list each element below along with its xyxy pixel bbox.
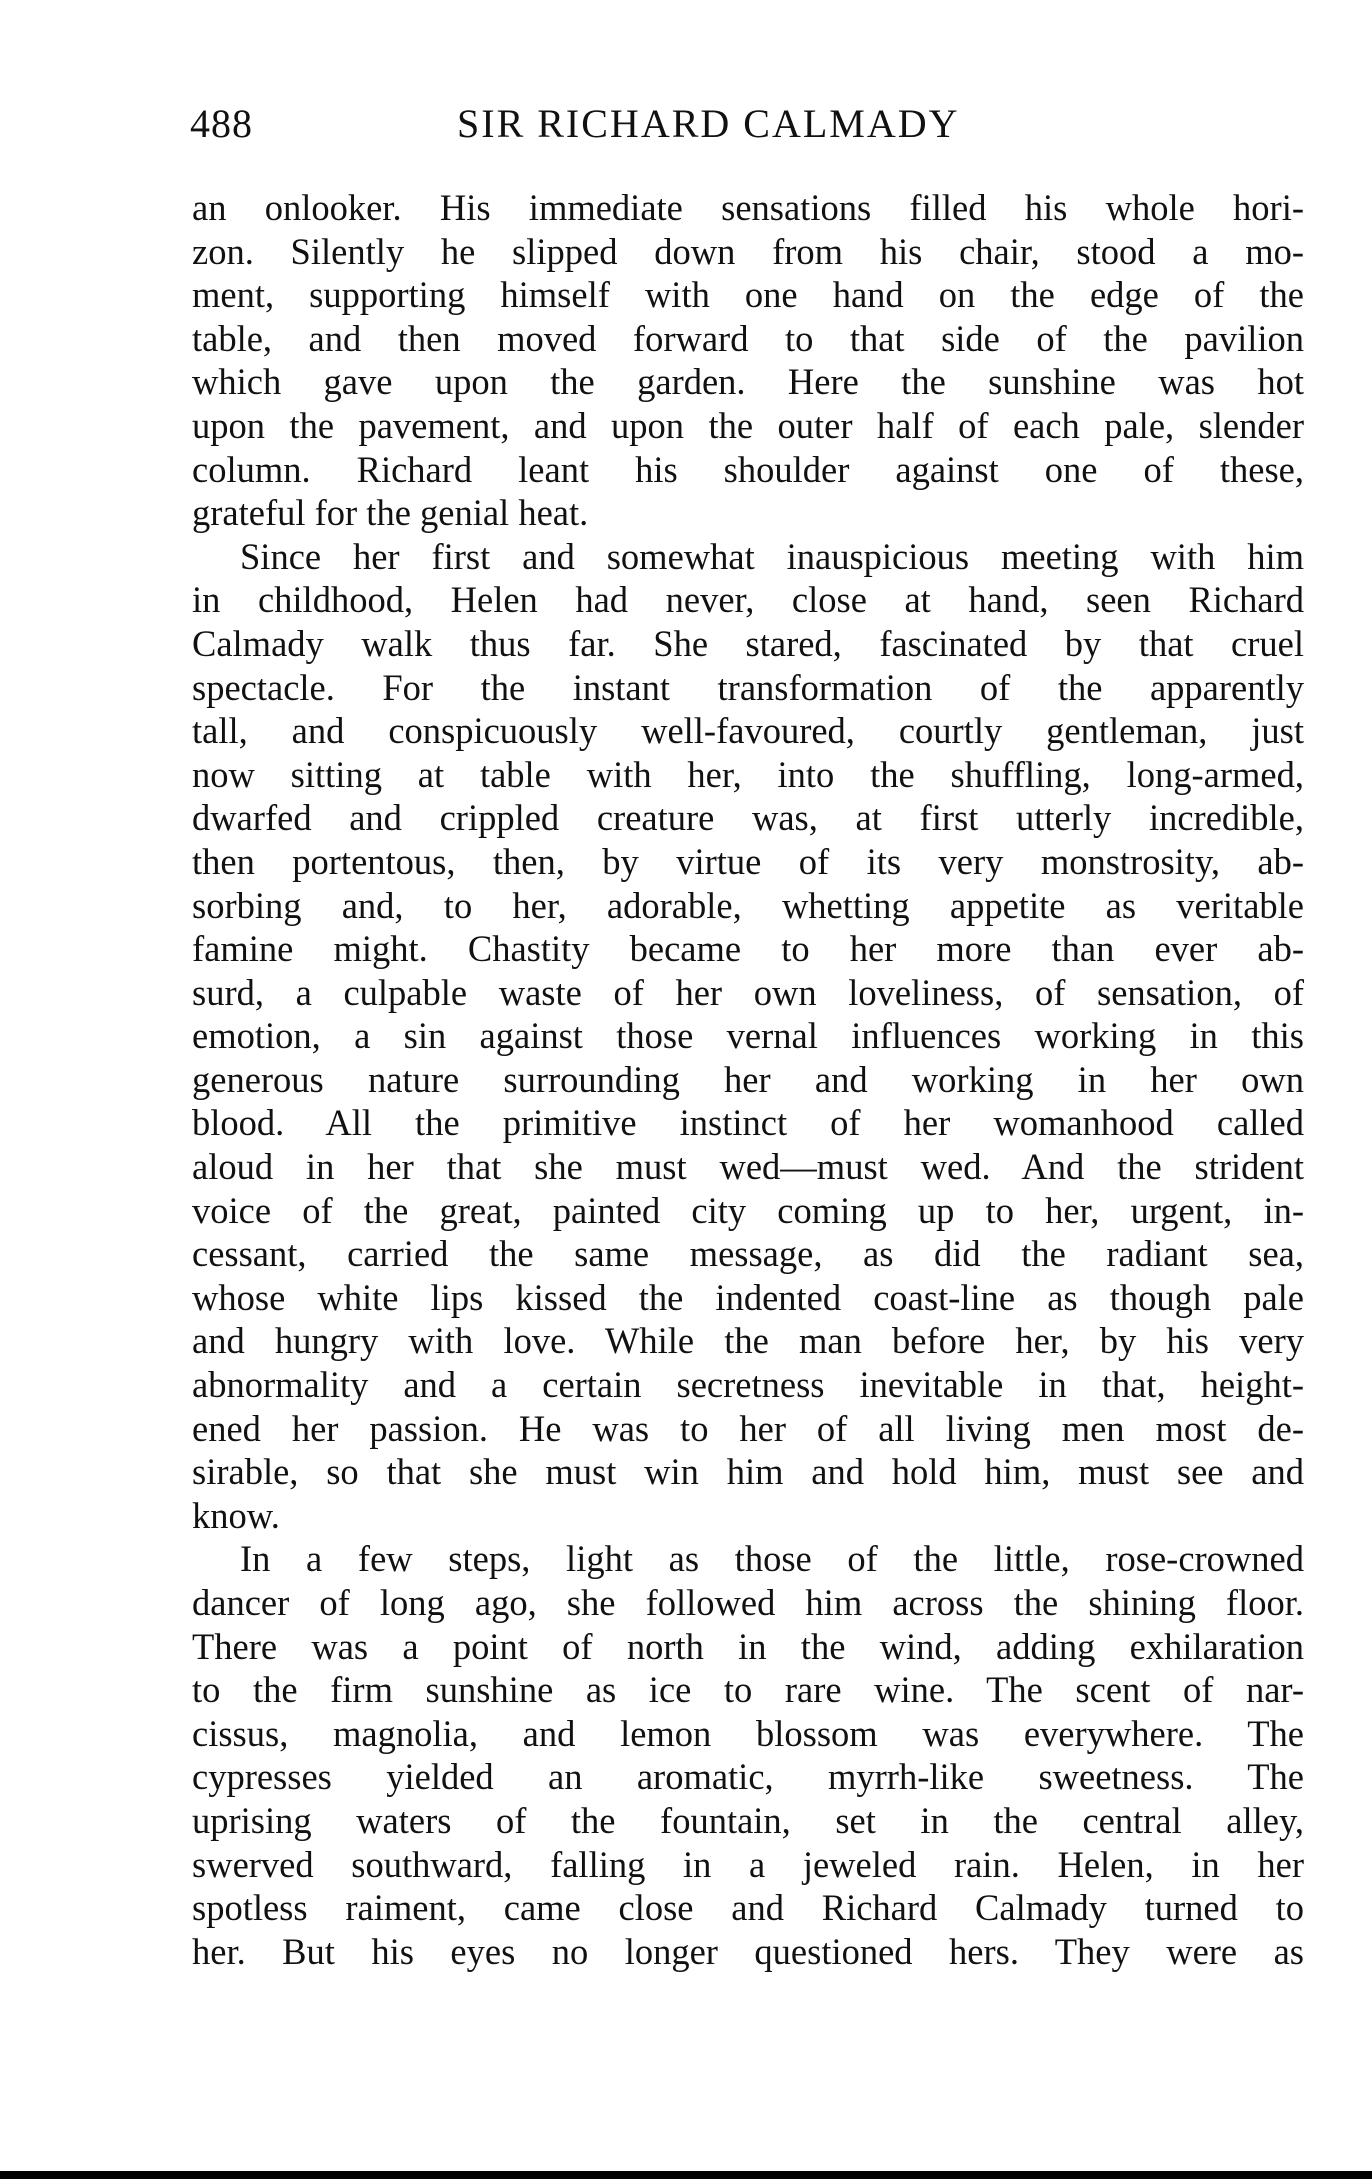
page-bottom-edge [0,2171,1372,2179]
text-line: know. [192,1494,1304,1538]
text-line: swerved southward, falling in a jeweled … [192,1843,1304,1887]
text-line: generous nature surrounding her and work… [192,1058,1304,1102]
text-line: sirable, so that she must win him and ho… [192,1450,1304,1494]
paragraph: Since her first and somewhat inauspiciou… [192,535,1304,1538]
text-line: cessant, carried the same message, as di… [192,1232,1304,1276]
text-line: table, and then moved forward to that si… [192,317,1304,361]
text-line: blood. All the primitive instinct of her… [192,1101,1304,1145]
text-line: dwarfed and crippled creature was, at fi… [192,796,1304,840]
text-line: emotion, a sin against those vernal infl… [192,1014,1304,1058]
text-line: upon the pavement, and upon the outer ha… [192,404,1304,448]
page-number: 488 [190,100,253,147]
paragraph: In a few steps, light as those of the li… [192,1537,1304,1973]
text-line: grateful for the genial heat. [192,491,1304,535]
text-line: sorbing and, to her, adorable, whetting … [192,884,1304,928]
text-line: spectacle. For the instant transformatio… [192,666,1304,710]
text-line: There was a point of north in the wind, … [192,1625,1304,1669]
text-line: an onlooker. His immediate sensations fi… [192,186,1304,230]
text-line: whose white lips kissed the indented coa… [192,1276,1304,1320]
text-line: cypresses yielded an aromatic, myrrh-lik… [192,1755,1304,1799]
text-line: aloud in her that she must wed—must wed.… [192,1145,1304,1189]
paragraph: an onlooker. His immediate sensations fi… [192,186,1304,535]
text-line: surd, a culpable waste of her own loveli… [192,971,1304,1015]
text-line: to the firm sunshine as ice to rare wine… [192,1668,1304,1712]
running-title: SIR RICHARD CALMADY [457,100,960,147]
text-line: spotless raiment, came close and Richard… [192,1886,1304,1930]
text-line: zon. Silently he slipped down from his c… [192,230,1304,274]
text-line: her. But his eyes no longer questioned h… [192,1930,1304,1974]
text-line: dancer of long ago, she followed him acr… [192,1581,1304,1625]
text-line: column. Richard leant his shoulder again… [192,448,1304,492]
body-text: an onlooker. His immediate sensations fi… [192,186,1304,1973]
text-line: in childhood, Helen had never, close at … [192,578,1304,622]
text-line: ened her passion. He was to her of all l… [192,1407,1304,1451]
text-line: cissus, magnolia, and lemon blossom was … [192,1712,1304,1756]
text-line: In a few steps, light as those of the li… [192,1537,1304,1581]
text-line: which gave upon the garden. Here the sun… [192,360,1304,404]
text-line: ment, supporting himself with one hand o… [192,273,1304,317]
text-line: uprising waters of the fountain, set in … [192,1799,1304,1843]
text-line: voice of the great, painted city coming … [192,1189,1304,1233]
text-line: Since her first and somewhat inauspiciou… [192,535,1304,579]
text-line: Calmady walk thus far. She stared, fasci… [192,622,1304,666]
text-line: famine might. Chastity became to her mor… [192,927,1304,971]
text-line: and hungry with love. While the man befo… [192,1319,1304,1363]
text-line: then portentous, then, by virtue of its … [192,840,1304,884]
page-header: 488 SIR RICHARD CALMADY [190,100,1340,160]
text-line: abnormality and a certain secretness ine… [192,1363,1304,1407]
book-page: 488 SIR RICHARD CALMADY an onlooker. His… [0,0,1372,2179]
text-line: tall, and conspicuously well-favoured, c… [192,709,1304,753]
text-line: now sitting at table with her, into the … [192,753,1304,797]
